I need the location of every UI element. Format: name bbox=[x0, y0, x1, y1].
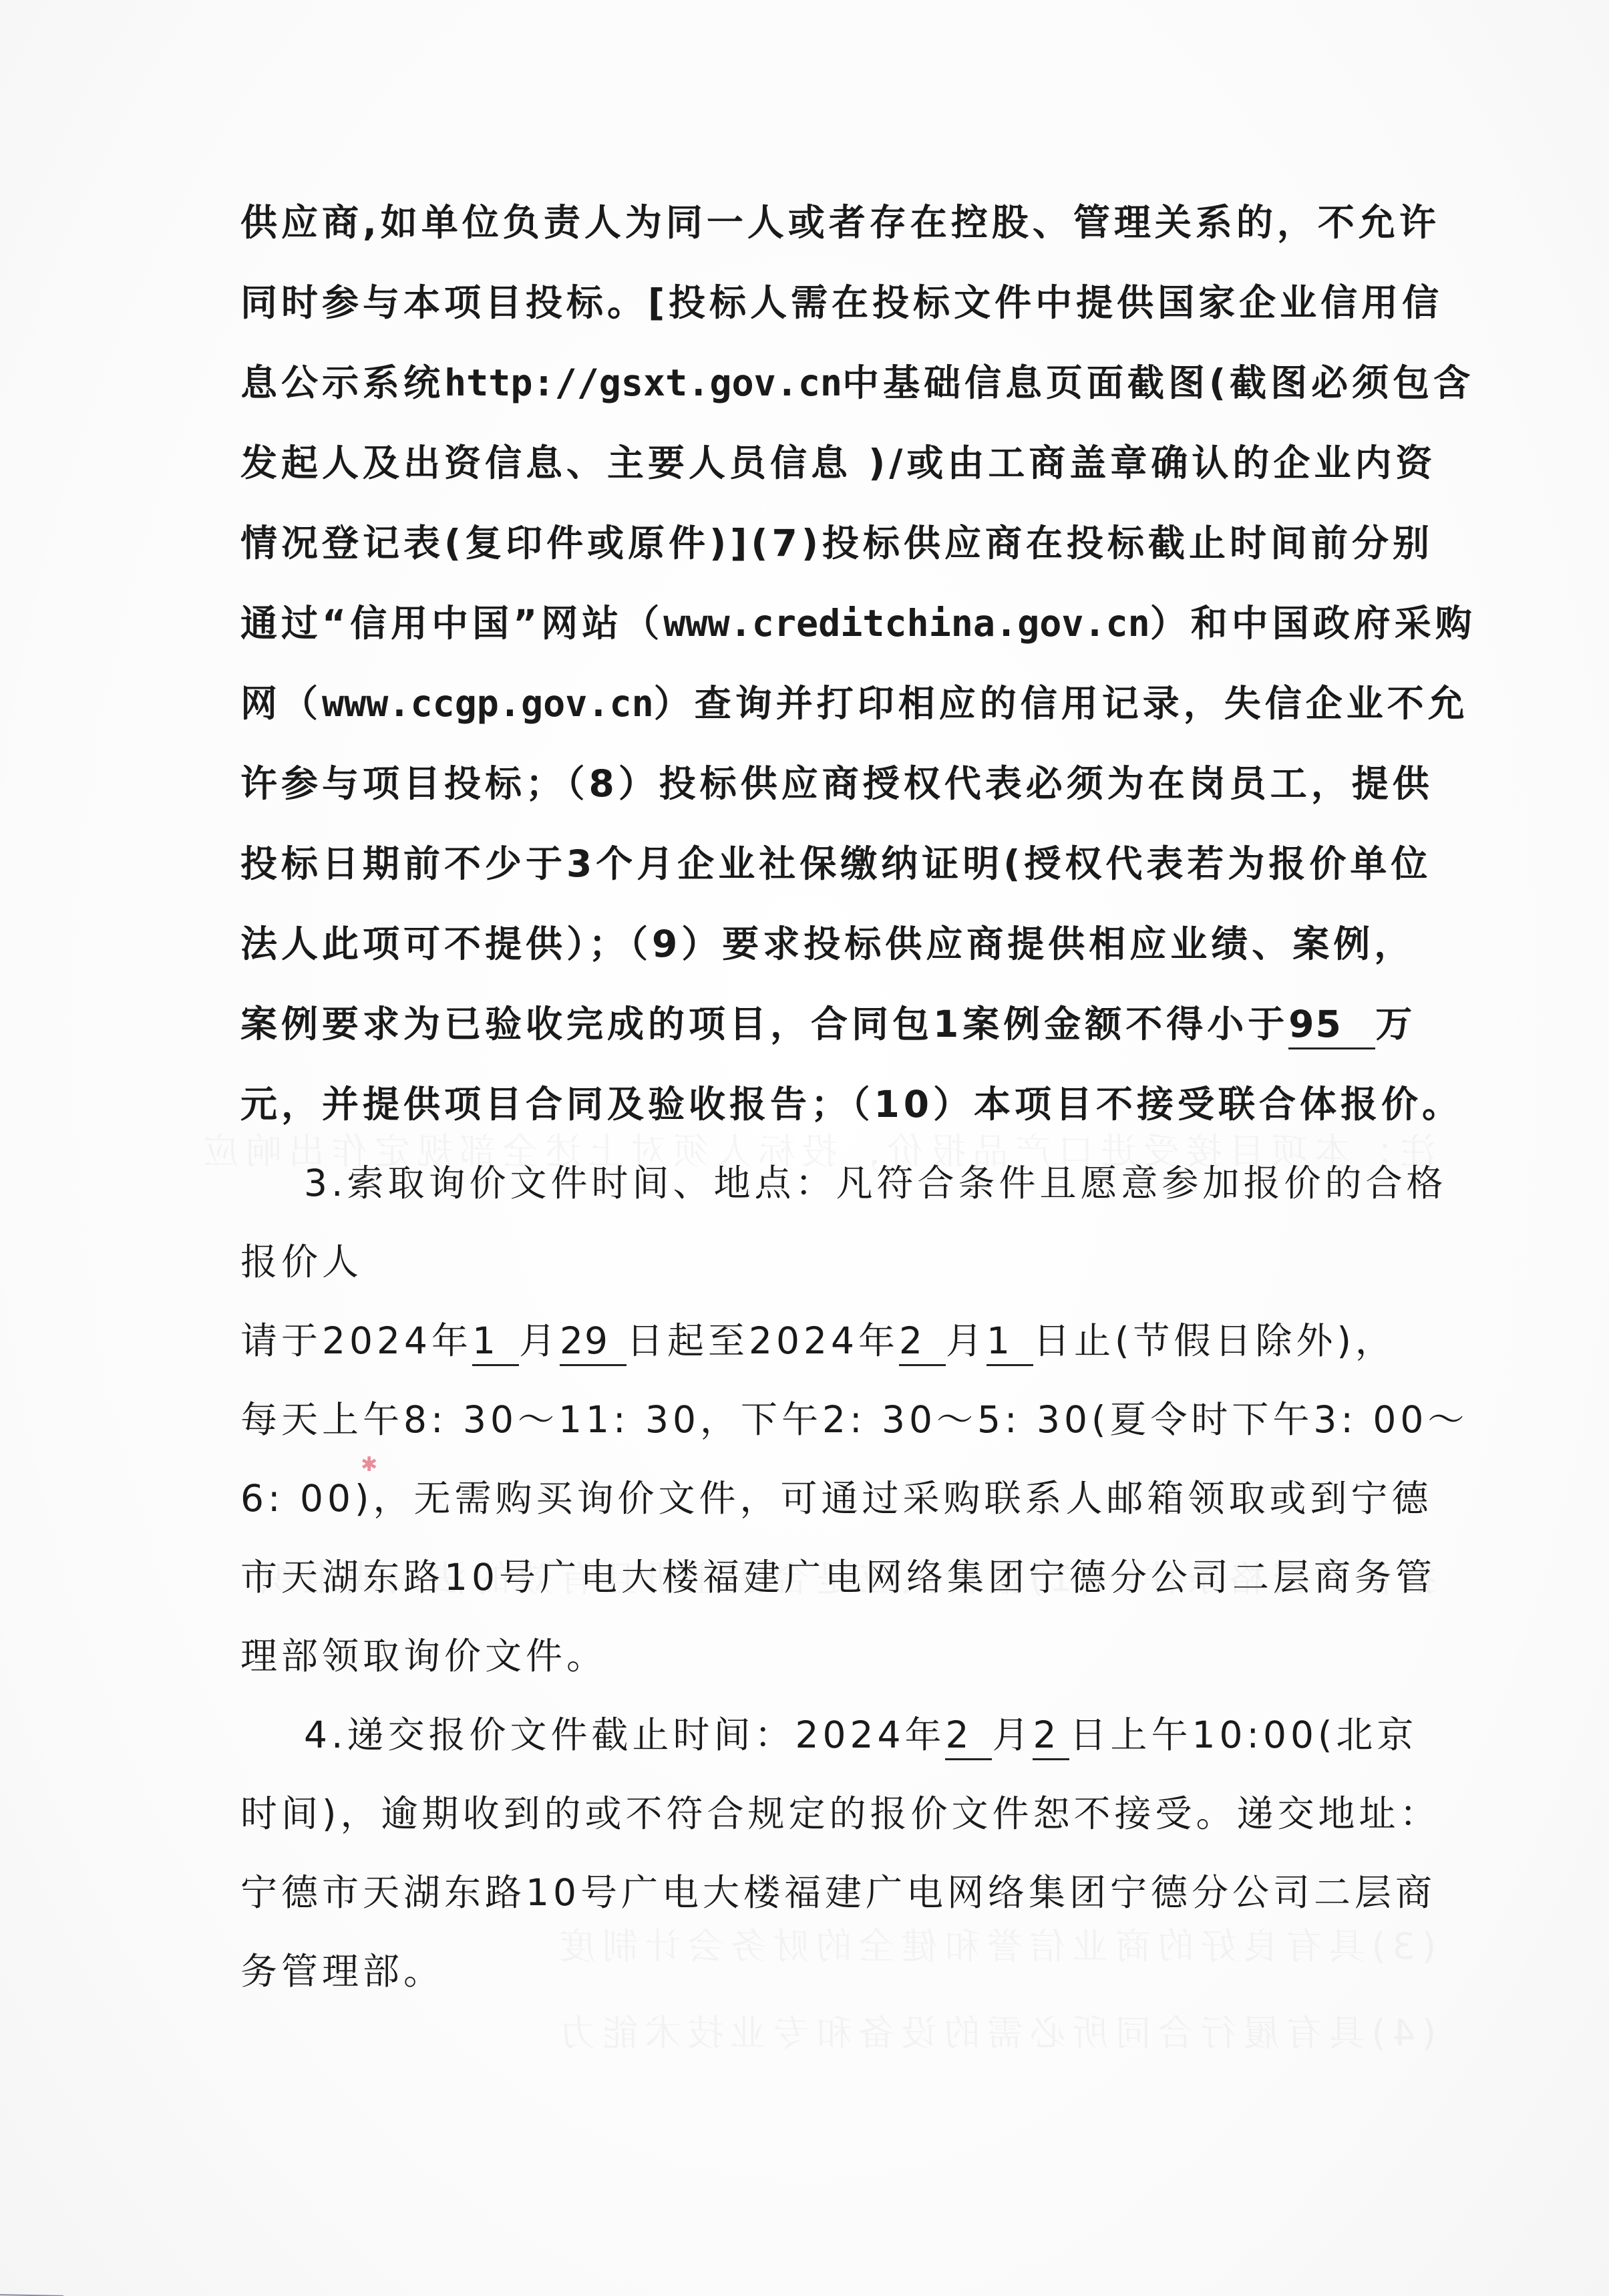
paragraph-line: 许参与项目投标；（8）投标供应商授权代表必须为在岗员工，提供 bbox=[240, 757, 1389, 810]
line-text: 请于2024年 bbox=[240, 1319, 472, 1362]
deadline-day-field: 2 bbox=[1033, 1711, 1069, 1760]
line-text: ）和中国政府采购 bbox=[1150, 602, 1476, 645]
paragraph-line: 情况登记表(复印件或原件)](7)投标供应商在投标截止时间前分别 bbox=[240, 516, 1389, 570]
url-link-gsxt: http://gsxt.gov.cn bbox=[444, 361, 842, 404]
url-link-creditchina: www.creditchina.gov.cn bbox=[663, 602, 1149, 645]
end-day-field: 1 bbox=[987, 1317, 1033, 1366]
line-text: 万 bbox=[1375, 1003, 1416, 1045]
paragraph-line: 息公示系统http://gsxt.gov.cn中基础信息页面截图(截图必须包含 bbox=[240, 356, 1389, 409]
line-text: 日上午10:00(北京 bbox=[1069, 1713, 1417, 1756]
paragraph-line: 元，并提供项目合同及验收报告；（10）本项目不接受联合体报价。 bbox=[240, 1078, 1389, 1131]
paragraph-line: 时间)，逾期收到的或不符合规定的报价文件恕不接受。递交地址： bbox=[240, 1787, 1389, 1840]
line-text: 通过“信用中国”网站（ bbox=[240, 602, 663, 645]
min-contract-amount-field: 95 bbox=[1288, 1001, 1375, 1049]
line-text: 4.递交报价文件截止时间：2024年 bbox=[304, 1713, 945, 1756]
start-month-field: 1 bbox=[472, 1317, 519, 1366]
start-day-field: 29 bbox=[560, 1317, 627, 1366]
line-text: 日起至2024年 bbox=[627, 1319, 899, 1362]
section-3-date-line: 请于2024年1月29日起至2024年2月1日止(节假日除外)， bbox=[240, 1314, 1389, 1367]
url-link-ccgp: www.ccgp.gov.cn bbox=[322, 682, 654, 725]
line-text: 网（ bbox=[240, 682, 322, 725]
deadline-month-field: 2 bbox=[945, 1711, 992, 1760]
paragraph-line: 通过“信用中国”网站（www.creditchina.gov.cn）和中国政府采… bbox=[240, 597, 1389, 650]
paragraph-line: 宁德市天湖东路10号广电大楼福建广电网络集团宁德分公司二层商 bbox=[240, 1866, 1389, 1919]
end-month-field: 2 bbox=[899, 1317, 946, 1366]
paragraph-line: 报价人 bbox=[240, 1235, 1389, 1289]
paragraph-line: 理部领取询价文件。 bbox=[240, 1629, 1389, 1683]
line-text: 中基础信息页面截图(截图必须包含 bbox=[842, 361, 1474, 404]
paragraph-line: 网（www.ccgp.gov.cn）查询并打印相应的信用记录，失信企业不允 bbox=[240, 677, 1389, 730]
scanned-page: 注：本项目接受进口产品报价，投标人须对上述全部规定作出响应 报价人资格条件：(1… bbox=[0, 0, 1609, 2296]
red-ink-mark-icon: ✱ bbox=[361, 1453, 387, 1476]
paragraph-line: 务管理部。 bbox=[240, 1945, 1389, 1998]
paragraph-line: 每天上午8: 30～11: 30，下午2: 30～5: 30(夏令时下午3: 0… bbox=[240, 1393, 1389, 1446]
line-text: 日止(节假日除外)， bbox=[1033, 1319, 1396, 1362]
paragraph-line: 市天湖东路10号广电大楼福建广电网络集团宁德分公司二层商务管 bbox=[240, 1550, 1389, 1604]
line-text: 月 bbox=[519, 1319, 560, 1362]
paragraph-line: 6: 00)，无需购买询价文件，可通过采购联系人邮箱领取或到宁德 bbox=[240, 1472, 1389, 1525]
line-text: 息公示系统 bbox=[240, 361, 444, 404]
section-4-deadline-line: 4.递交报价文件截止时间：2024年2月2日上午10:00(北京 bbox=[304, 1708, 1389, 1762]
paragraph-line: 发起人及出资信息、主要人员信息 )/或由工商盖章确认的企业内资 bbox=[240, 436, 1389, 490]
paragraph-line: 供应商,如单位负责人为同一人或者存在控股、管理关系的，不允许 bbox=[240, 196, 1389, 249]
paragraph-line: 法人此项可不提供）；（9）要求投标供应商提供相应业绩、案例， bbox=[240, 917, 1389, 971]
line-text: ）查询并打印相应的信用记录，失信企业不允 bbox=[654, 682, 1469, 725]
line-text: 月 bbox=[946, 1319, 987, 1362]
line-text: 案例要求为已验收完成的项目，合同包1案例金额不得小于 bbox=[240, 1003, 1288, 1045]
paragraph-line: 投标日期前不少于3个月企业社保缴纳证明(授权代表若为报价单位 bbox=[240, 837, 1389, 890]
section-3-heading: 3.索取询价文件时间、地点：凡符合条件且愿意参加报价的合格 bbox=[304, 1156, 1389, 1210]
line-text: 月 bbox=[992, 1713, 1033, 1756]
paragraph-line: 同时参与本项目投标。[投标人需在投标文件中提供国家企业信用信 bbox=[240, 276, 1389, 329]
paragraph-line: 案例要求为已验收完成的项目，合同包1案例金额不得小于95万 bbox=[240, 997, 1389, 1051]
bleed-through-text: (4)具有履行合同所必需的设备和专业技术能力 bbox=[134, 1991, 1436, 2076]
